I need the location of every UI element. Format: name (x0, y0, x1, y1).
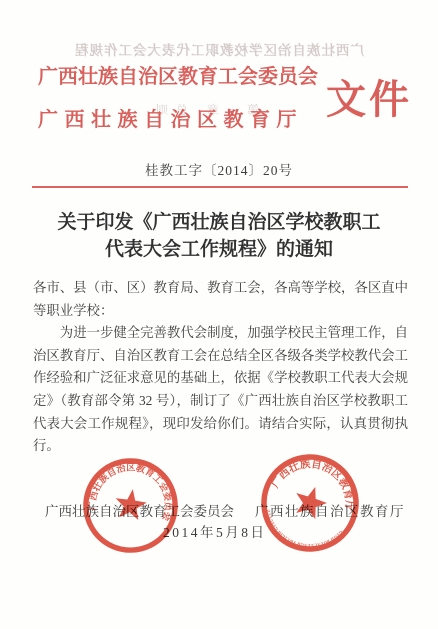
official-seal-education-department: 广西壮族自治区教育厅 GVANGJSIH BOUXCUENGH SWCIGIH … (247, 440, 373, 566)
document-title-line2: 代表大会工作规程》的通知 (0, 236, 438, 263)
org-name-union: 广西壮族自治区教育工会委员会 (38, 60, 304, 89)
letterhead-divider-rule (32, 186, 408, 188)
seal-education-graphic: 广西壮族自治区教育厅 GVANGJSIH BOUXCUENGH SWCIGIH … (247, 440, 373, 566)
salutation: 各市、县（市、区）教育局、教育工会，各高等学校，各区直中等职业学校： (33, 277, 408, 322)
star-icon (113, 487, 148, 521)
letterhead-org-names: 广西壮族自治区教育工会委员会 广西壮族自治区教育厅 (38, 60, 304, 132)
org-name-education-department: 广西壮族自治区教育厅 (38, 103, 304, 132)
body-paragraph: 为进一步健全完善教代会制度，加强学校民主管理工作，自治区教育厅、自治区教育工会在… (33, 322, 408, 458)
document-type-label: 文件 (326, 68, 412, 125)
star-icon (290, 482, 330, 521)
bleedthrough-text-top: 广西壮族自治区学校教职工代表大会工作规程 (0, 39, 438, 59)
document-reference-number: 桂教工字〔2014〕20号 (0, 159, 438, 179)
official-seal-union: 广西壮族自治区教育工会委员会 (76, 451, 186, 561)
seal-union-graphic: 广西壮族自治区教育工会委员会 (76, 451, 186, 561)
scanned-official-document: 广西壮族自治区学校教职工代表大会工作规程 第一章 总则 广西壮族自治区教育工会委… (0, 0, 438, 629)
document-title: 关于印发《广西壮族自治区学校教职工 代表大会工作规程》的通知 (0, 209, 438, 263)
letterhead: 广西壮族自治区教育工会委员会 广西壮族自治区教育厅 文件 (38, 60, 404, 132)
document-title-line1: 关于印发《广西壮族自治区学校教职工 (0, 209, 438, 236)
document-body: 各市、县（市、区）教育局、教育工会，各高等学校，各区直中等职业学校： 为进一步健… (33, 277, 408, 458)
